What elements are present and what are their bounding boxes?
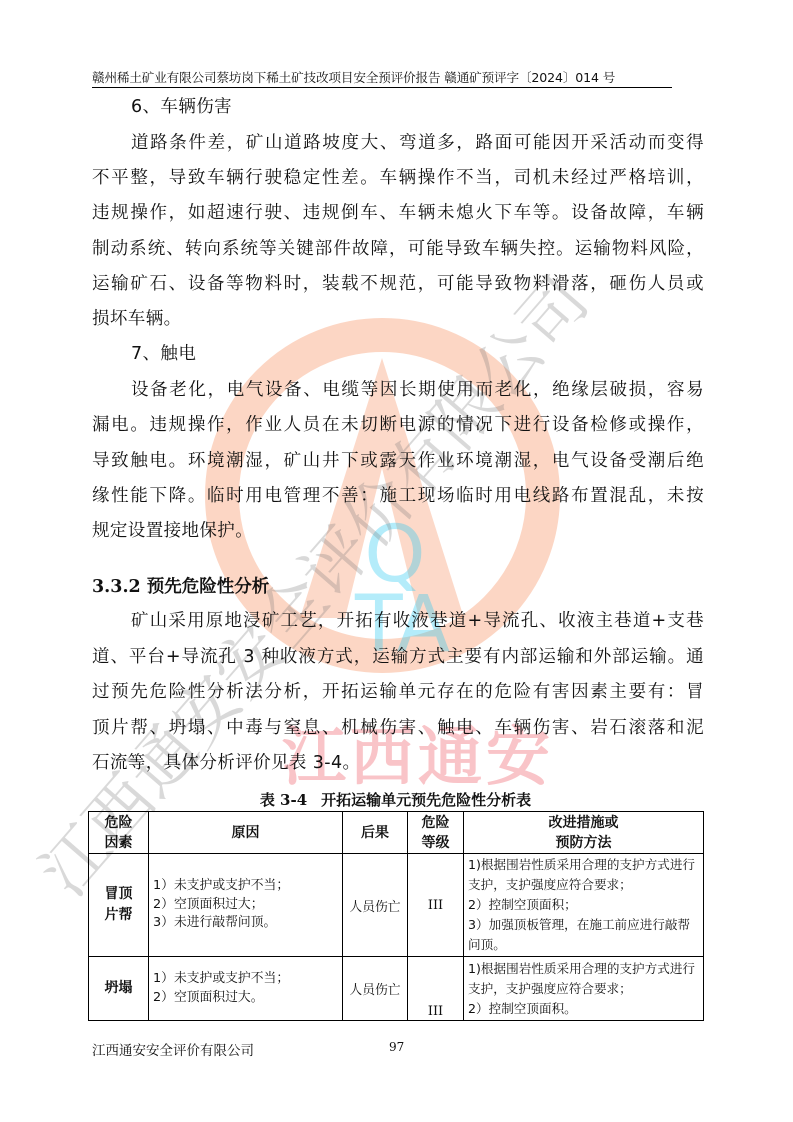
- cell-consequence: 人员伤亡: [343, 854, 408, 957]
- paragraph-line: 设备老化，电气设备、电缆等因长期使用而老化，绝缘层破损，容易: [131, 377, 704, 403]
- hazard-analysis-table: 危险 因素 原因 后果 危险 等级 改进措施或 预防方法 冒顶 片帮: [88, 811, 704, 1021]
- table-row: 冒顶 片帮 1）未支护或支护不当； 2）空顶面积过大； 3）未进行敲帮问顶。 人…: [89, 854, 704, 957]
- cell-causes: 1）未支护或支护不当； 2）空顶面积过大； 3）未进行敲帮问顶。: [149, 854, 343, 957]
- table-caption-title: 开拓运输单元预先危险性分析表: [321, 791, 531, 809]
- cell-measures: 1)根据围岩性质采用合理的支护方式进行支护，支护强度应符合要求； 2）控制空顶面…: [464, 957, 704, 1021]
- paragraph-line: 矿山采用原地浸矿工艺，开拓有收液巷道+导流孔、收液主巷道+支巷: [131, 608, 704, 634]
- document-page: Q TA 江西通安安全评价有限公司 江西通安 赣州稀土矿业有限公司蔡坊岗下稀土矿…: [0, 0, 793, 1122]
- paragraph-line: 道路条件差，矿山道路坡度大、弯道多，路面可能因开采活动而变得: [131, 130, 704, 156]
- watermark-logo-letters: Q TA: [355, 520, 435, 660]
- running-header: 赣州稀土矿业有限公司蔡坊岗下稀土矿技改项目安全预评价报告 赣通矿预评字〔2024…: [92, 70, 672, 88]
- paragraph-line: 过预先危险性分析法分析，开拓运输单元存在的危险有害因素主要有：冒: [92, 679, 704, 705]
- paragraph-line: 运输矿石、设备等物料时，装载不规范，可能导致物料滑落，砸伤人员或: [92, 271, 704, 297]
- footer-company: 江西通安安全评价有限公司: [92, 1039, 254, 1059]
- cell-causes: 1）未支护或支护不当； 2）空顶面积过大。: [149, 957, 343, 1021]
- cell-consequence: 人员伤亡: [343, 957, 408, 1021]
- table-row: 坍塌 1）未支护或支护不当； 2）空顶面积过大。 人员伤亡 III 1)根据围岩…: [89, 957, 704, 1021]
- section-heading-vehicle-injury: 6、车辆伤害: [131, 94, 232, 120]
- paragraph-line: 制动系统、转向系统等关键部件故障，可能导致车辆失控。运输物料风险，: [92, 236, 704, 262]
- header-level: 危险 等级: [408, 812, 464, 854]
- section-heading-electric-shock: 7、触电: [131, 341, 196, 367]
- paragraph-line: 违规操作，如超速行驶、违规倒车、车辆未熄火下车等。设备故障，车辆: [92, 200, 704, 226]
- paragraph-line: 规定设置接地保护。: [92, 518, 253, 544]
- table-caption-number: 表 3-4: [260, 791, 307, 809]
- header-measures: 改进措施或 预防方法: [464, 812, 704, 854]
- paragraph-line: 道、平台+导流孔 3 种收液方式，运输方式主要有内部运输和外部运输。通: [92, 644, 704, 670]
- header-cause: 原因: [149, 812, 343, 854]
- table-header-row: 危险 因素 原因 后果 危险 等级 改进措施或 预防方法: [89, 812, 704, 854]
- table-caption: 表 3-4开拓运输单元预先危险性分析表: [88, 789, 703, 810]
- cell-factor: 冒顶 片帮: [89, 854, 149, 957]
- cell-level: III: [408, 854, 464, 957]
- cell-level: III: [408, 957, 464, 1021]
- paragraph-line: 漏电。违规操作，作业人员在未切断电源的情况下进行设备检修或操作，: [92, 412, 704, 438]
- footer-page-number: 97: [389, 1040, 404, 1054]
- paragraph-line: 顶片帮、坍塌、中毒与窒息、机械伤害、触电、车辆伤害、岩石滚落和泥: [92, 715, 704, 741]
- paragraph-line: 导致触电。环境潮湿，矿山井下或露天作业环境潮湿，电气设备受潮后绝: [92, 448, 704, 474]
- paragraph-line: 损坏车辆。: [92, 306, 182, 332]
- cell-measures: 1)根据围岩性质采用合理的支护方式进行支护，支护强度应符合要求； 2）控制空顶面…: [464, 854, 704, 957]
- section-heading-pha: 3.3.2 预先危险性分析: [92, 574, 269, 600]
- paragraph-line: 石流等，具体分析评价见表 3-4。: [92, 750, 360, 776]
- paragraph-line: 缘性能下降。临时用电管理不善：施工现场临时用电线路布置混乱，未按: [92, 483, 704, 509]
- paragraph-line: 不平整，导致车辆行驶稳定性差。车辆操作不当，司机未经过严格培训，: [92, 165, 704, 191]
- header-factor: 危险 因素: [89, 812, 149, 854]
- cell-factor: 坍塌: [89, 957, 149, 1021]
- header-consequence: 后果: [343, 812, 408, 854]
